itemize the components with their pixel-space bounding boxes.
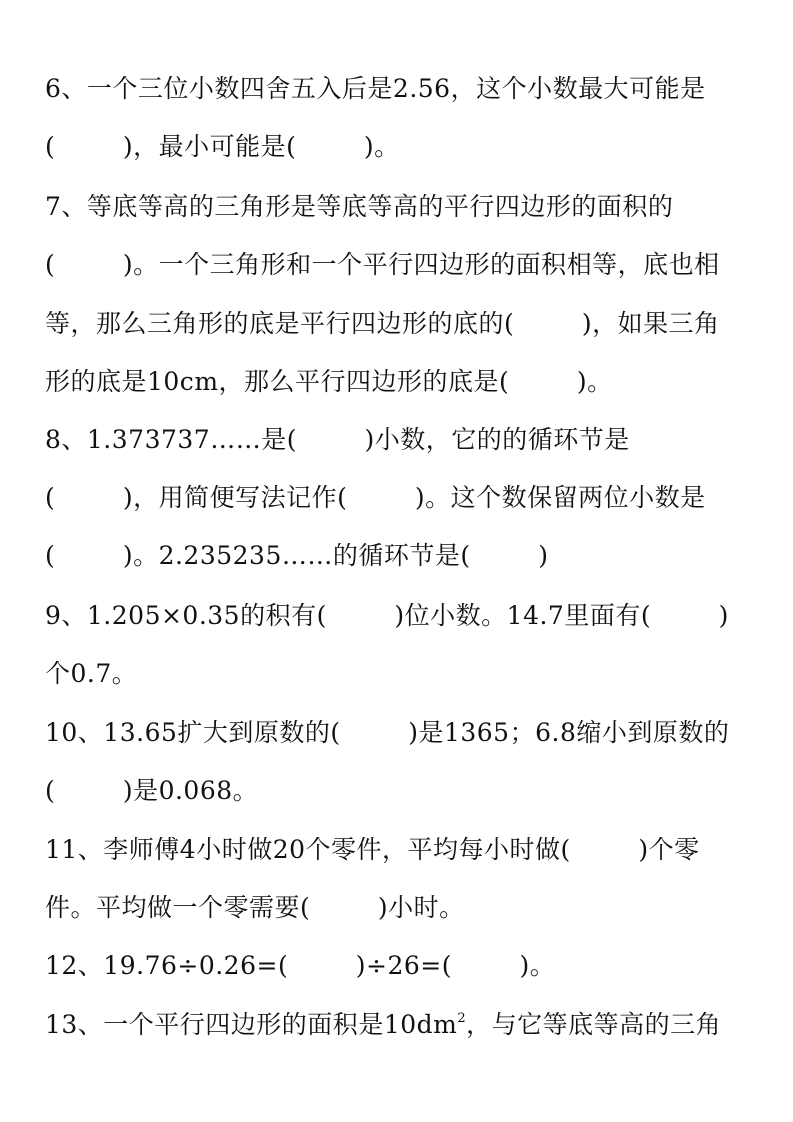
question-6-line-1: 6、一个三位小数四舍五入后是2.56，这个小数最大可能是: [45, 74, 706, 104]
question-10-line-1: 10、13.65扩大到原数的( )是1365；6.8缩小到原数的: [45, 718, 729, 748]
question-13-text-a: 13、一个平行四边形的面积是10dm: [45, 1010, 457, 1039]
question-7-line-4: 形的底是10cm，那么平行四边形的底是( )。: [45, 367, 613, 397]
question-9-line-2: 个0.7。: [45, 659, 137, 689]
question-9-line-1: 9、1.205×0.35的积有( )位小数。14.7里面有( ): [45, 601, 729, 631]
question-8-line-3: ( )。2.235235……的循环节是( ): [45, 541, 548, 571]
question-13-line-1: 13、一个平行四边形的面积是10dm2，与它等底等高的三角: [45, 1010, 721, 1040]
question-8-line-1: 8、1.373737……是( )小数，它的的循环节是: [45, 425, 630, 455]
superscript-exponent: 2: [457, 1011, 466, 1026]
question-11-line-1: 11、李师傅4小时做20个零件，平均每小时做( )个零: [45, 835, 700, 865]
question-8-line-2: ( )，用简便写法记作( )。这个数保留两位小数是: [45, 483, 706, 513]
question-10-line-2: ( )是0.068。: [45, 776, 258, 806]
question-11-line-2: 件。平均做一个零需要( )小时。: [45, 893, 465, 923]
question-7-line-2: ( )。一个三角形和一个平行四边形的面积相等，底也相: [45, 250, 720, 280]
question-13-text-b: ，与它等底等高的三角: [466, 1010, 721, 1039]
question-7-line-1: 7、等底等高的三角形是等底等高的平行四边形的面积的: [45, 192, 673, 222]
question-7-line-3: 等，那么三角形的底是平行四边形的底的( )，如果三角: [45, 309, 720, 339]
worksheet-page: 6、一个三位小数四舍五入后是2.56，这个小数最大可能是 ( )，最小可能是( …: [0, 0, 793, 1122]
question-12-line-1: 12、19.76÷0.26=( )÷26=( )。: [45, 951, 555, 981]
question-6-line-2: ( )，最小可能是( )。: [45, 132, 400, 162]
